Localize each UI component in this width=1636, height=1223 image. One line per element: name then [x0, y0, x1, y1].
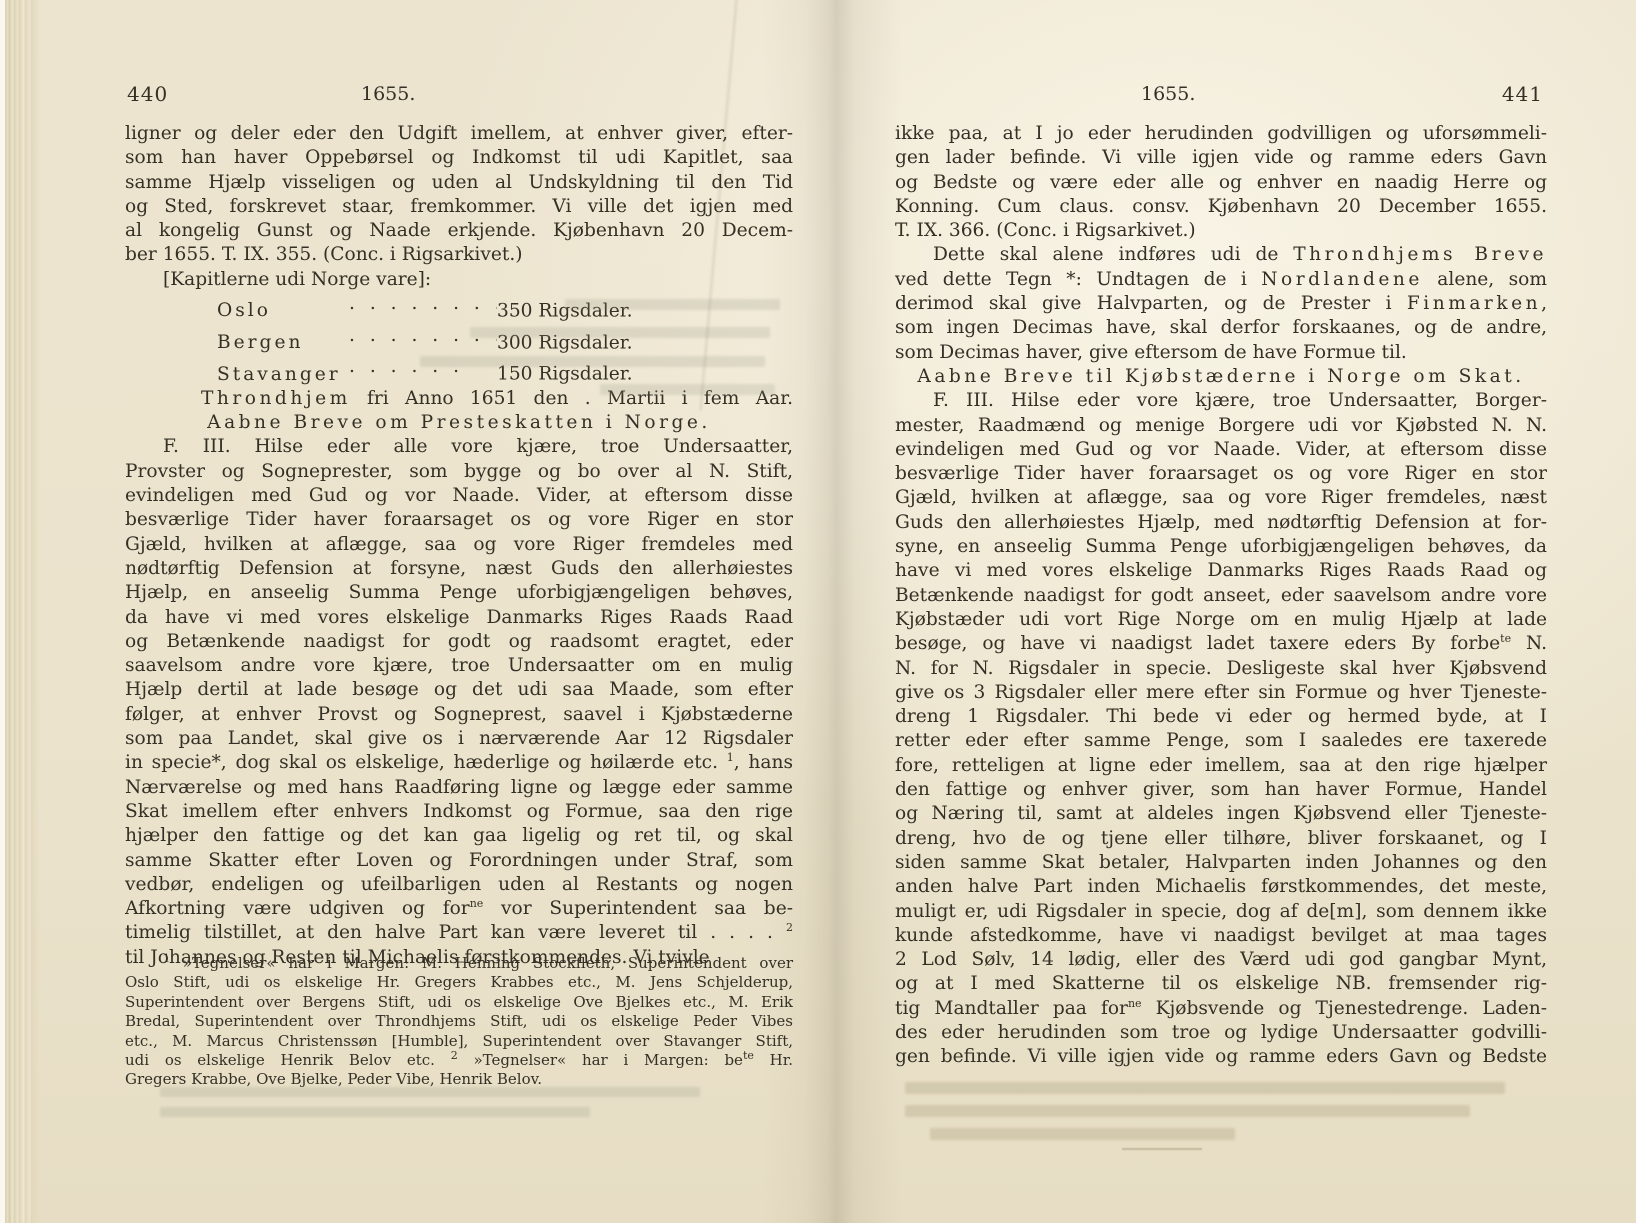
bleed-through-text [160, 1107, 590, 1117]
text-line: retter eder efter samme Penge, som I saa… [895, 729, 1547, 753]
text-line: og Betænkende naadigst for godt og raads… [125, 630, 793, 654]
text-segment: vor Superintendent saa be- [483, 898, 793, 919]
text-line: Provster og Sogneprester, som bygge og b… [125, 460, 793, 484]
page-number-right: 441 [1502, 82, 1543, 106]
text-segment: alene, som [1423, 269, 1547, 290]
text-segment: T. IX. 366. (Conc. i Rigsarkivet.) [895, 220, 1196, 241]
text-segment: Guds den allerhøiestes Hjælp, med nødtør… [895, 512, 1547, 533]
text-line: des eder herudinden som troe og lydige U… [895, 1021, 1547, 1045]
table-entry-name: Bergen [217, 331, 349, 355]
bleed-through-text [470, 327, 770, 338]
text-segment: [Kapitlerne udi Norge vare]: [163, 269, 431, 290]
text-segment: evindeligen med Gud og vor Naade. Vider,… [895, 439, 1547, 460]
text-line: have vi med vores elskelige Danmarks Rig… [895, 559, 1547, 583]
text-line: besøge, og have vi naadigst ladet taxere… [895, 632, 1547, 656]
text-line: derimod skal give Halvparten, og de Pres… [895, 292, 1547, 316]
text-segment: 1 [163, 952, 170, 965]
text-line: besværlige Tider haver foraarsaget os og… [125, 508, 793, 532]
text-segment: Aabne Breve om Presteskatten i Norge. [207, 412, 711, 433]
text-segment: anden halve Part inden Michaelis førstko… [895, 876, 1547, 897]
running-head-right: 1655. [1141, 83, 1195, 105]
text-line: Nærværelse og med hans Raadføring ligne … [125, 776, 793, 800]
text-line: in specie*, dog skal os elskelige, hæder… [125, 751, 793, 775]
text-line: kunde afstedkomme, have vi naadigst bevi… [895, 924, 1547, 948]
text-line: al kongelig Gunst og Naade erkjende. Kjø… [125, 219, 793, 243]
text-line: hjælper den fattige og det kan gaa ligel… [125, 824, 793, 848]
text-segment: og Betænkende naadigst for godt og raads… [125, 631, 793, 652]
text-segment: som ingen Decimas have, skal derfor fors… [895, 317, 1547, 338]
text-segment: retter eder efter samme Penge, som I saa… [895, 730, 1547, 751]
text-line: T. IX. 366. (Conc. i Rigsarkivet.) [895, 219, 1547, 243]
text-segment: Kjøbsvende og Tjenestedrenge. Laden- [1142, 998, 1547, 1019]
text-line: Aabne Breve om Presteskatten i Norge. [125, 411, 793, 435]
text-line: vedbør, endeligen og ufeilbarligen uden … [125, 873, 793, 897]
text-segment: evindeligen med Gud og vor Naade. Vider,… [125, 485, 793, 506]
text-segment: muligt er, udi Rigsdaler in specie, dog … [895, 901, 1547, 922]
text-segment: , hans [734, 752, 793, 773]
text-line: dreng, hvo de og tjene eller tilhøre, bl… [895, 827, 1547, 851]
text-line: evindeligen med Gud og vor Naade. Vider,… [895, 438, 1547, 462]
text-line: som paa Landet, skal give os i nærværend… [125, 727, 793, 751]
table-entry-name: Oslo [217, 299, 349, 323]
open-book-scan: 440 1655. ligner og deler eder den Udgif… [0, 0, 1636, 1223]
text-segment: som paa Landet, skal give os i nærværend… [125, 728, 793, 749]
text-segment: Provster og Sogneprester, som bygge og b… [125, 461, 793, 482]
text-line: ligner og deler eder den Udgift imellem,… [125, 122, 793, 146]
text-segment: ber 1655. T. IX. 355. (Conc. i Rigsarkiv… [125, 244, 523, 265]
text-segment: 2 [451, 1049, 458, 1062]
text-line: den fattige og enhver giver, som han hav… [895, 778, 1547, 802]
text-segment: siden samme Skat betaler, Halvparten ind… [895, 852, 1547, 873]
text-segment: og Sted, forskrevet staar, fremkommer. V… [125, 196, 793, 217]
text-line: gen lader befinde. Vi ville igjen vide o… [895, 146, 1547, 170]
text-line: og Næring til, samt at aldeles ingen Kjø… [895, 802, 1547, 826]
text-segment: Hr. [754, 1051, 793, 1069]
text-segment: ne [1128, 997, 1142, 1010]
page-number-left: 440 [127, 82, 168, 106]
leader-dots: . . . . . . . . . [349, 292, 497, 316]
text-line: Betænkende naadigst for godt anseet, ede… [895, 584, 1547, 608]
text-segment: Betænkende naadigst for godt anseet, ede… [895, 585, 1547, 606]
text-segment: Nærværelse og med hans Raadføring ligne … [125, 777, 793, 798]
text-segment: etc., M. Marcus Christenssøn [Humble], S… [125, 1032, 793, 1050]
text-segment: al kongelig Gunst og Naade erkjende. Kjø… [125, 220, 793, 241]
bleed-through-text [905, 1082, 1505, 1094]
text-line: Skat imellem efter enhvers Indkomst og F… [125, 800, 793, 824]
text-segment: F. III. Hilse eder vore kjære, troe Unde… [933, 390, 1547, 411]
text-line: samme Skatter efter Loven og Forordninge… [125, 849, 793, 873]
text-segment: timelig tilstillet, at den halve Part ka… [125, 922, 786, 943]
text-segment: ligner og deler eder den Udgift imellem,… [125, 123, 793, 144]
text-segment: ne [470, 897, 484, 910]
text-segment: besværlige Tider haver foraarsaget os og… [895, 463, 1547, 484]
text-line: Gjæld, hvilken at aflægge, saa og vore R… [895, 486, 1547, 510]
table-entry-name: Stavanger [217, 363, 349, 387]
text-line: tig Mandtaller paa forne Kjøbsvende og T… [895, 997, 1547, 1021]
text-line: Superintendent over Bergens Stift, udi o… [125, 993, 793, 1012]
text-line: 2 Lod Sølv, 14 lødig, eller des Værd udi… [895, 948, 1547, 972]
bleed-through-text [905, 1105, 1470, 1117]
running-head-left: 1655. [361, 83, 415, 105]
text-line: og Bedste og være eder alle og enhver en… [895, 171, 1547, 195]
text-segment: Konning. Cum claus. consv. Kjøbenhavn 20… [895, 196, 1547, 217]
bleed-through-text [930, 1128, 1235, 1140]
text-segment: Finmarken [1407, 293, 1541, 314]
text-line: ved dette Tegn *: Undtagen de i Nordland… [895, 268, 1547, 292]
text-segment: te [743, 1049, 754, 1062]
text-segment: Aabne Breve til Kjøbstæderne i Norge om … [917, 366, 1524, 387]
text-segment: gen lader befinde. Vi ville igjen vide o… [895, 147, 1547, 168]
text-line: saavelsom andre vore kjære, troe Undersa… [125, 654, 793, 678]
text-line: F. III. Hilse eder vore kjære, troe Unde… [895, 389, 1547, 413]
text-segment: Dette skal alene indføres udi de [933, 244, 1293, 265]
text-line: siden samme Skat betaler, Halvparten ind… [895, 851, 1547, 875]
text-line: 1 »Tegnelser« har i Margen: M. Henning S… [125, 954, 793, 973]
text-segment: følger, at enhver Provst og Sogneprest, … [125, 704, 793, 725]
bleed-through-text [420, 356, 765, 367]
text-segment: 1 [727, 751, 734, 764]
right-text-column: ikke paa, at I jo eder herudinden godvil… [895, 122, 1547, 1070]
text-line: ikke paa, at I jo eder herudinden godvil… [895, 122, 1547, 146]
text-segment: in specie*, dog skal os elskelige, hæder… [125, 752, 727, 773]
text-line: udi os elskelige Henrik Belov etc. 2 »Te… [125, 1051, 793, 1070]
text-segment: og Bedste og være eder alle og enhver en… [895, 172, 1547, 193]
text-line: anden halve Part inden Michaelis førstko… [895, 875, 1547, 899]
text-line: mester, Raadmænd og menige Borgere udi v… [895, 414, 1547, 438]
text-segment: besøge, og have vi naadigst ladet taxere… [895, 633, 1500, 654]
text-segment: Gjæld, hvilken at aflægge, saa og vore R… [895, 487, 1547, 508]
text-line: følger, at enhver Provst og Sogneprest, … [125, 703, 793, 727]
text-segment: te [1500, 632, 1511, 645]
text-segment: hjælper den fattige og det kan gaa ligel… [125, 825, 793, 846]
text-segment: og Næring til, samt at aldeles ingen Kjø… [895, 803, 1547, 824]
text-segment: Hjælp dertil at lade besøge og det udi s… [125, 679, 793, 700]
text-line: samme Hjælp visseligen og uden al Undsky… [125, 171, 793, 195]
text-line: som han haver Oppebørsel og Indkomst til… [125, 146, 793, 170]
text-segment: vedbør, endeligen og ufeilbarligen uden … [125, 874, 793, 895]
text-line: som ingen Decimas have, skal derfor fors… [895, 316, 1547, 340]
text-segment: dreng 1 Rigsdaler. Thi bede vi eder og h… [895, 706, 1547, 727]
text-line: give os 3 Rigsdaler eller mere efter sin… [895, 681, 1547, 705]
text-line: nødtørftig Defension at forsyne, næst Gu… [125, 557, 793, 581]
text-segment: Nordlandene [1261, 269, 1423, 290]
text-line: timelig tilstillet, at den halve Part ka… [125, 921, 793, 945]
text-segment: syne, en anseelig Summa Penge uforbigjæn… [895, 536, 1547, 557]
text-segment: da have vi med vores elskelige Danmarks … [125, 607, 793, 628]
bleed-through-text [160, 1087, 700, 1097]
text-segment: gen befinde. Vi ville igjen vide og ramm… [895, 1046, 1547, 1067]
text-line: Konning. Cum claus. consv. Kjøbenhavn 20… [895, 195, 1547, 219]
text-segment: tig Mandtaller paa for [895, 998, 1128, 1019]
text-line: evindeligen med Gud og vor Naade. Vider,… [125, 484, 793, 508]
text-segment: N. for N. Rigsdaler in specie. Desligest… [895, 658, 1547, 679]
text-segment: besværlige Tider haver foraarsaget os og… [125, 509, 793, 530]
text-line: dreng 1 Rigsdaler. Thi bede vi eder og h… [895, 705, 1547, 729]
text-line: etc., M. Marcus Christenssøn [Humble], S… [125, 1032, 793, 1051]
text-segment: den fattige og enhver giver, som han hav… [895, 779, 1547, 800]
text-line: da have vi med vores elskelige Danmarks … [125, 606, 793, 630]
text-line: F. III. Hilse eder alle vore kjære, troe… [125, 435, 793, 459]
text-line: N. for N. Rigsdaler in specie. Desligest… [895, 657, 1547, 681]
text-line: Hjælp dertil at lade besøge og det udi s… [125, 678, 793, 702]
text-segment: Bredal, Superintendent over Throndhjems … [125, 1012, 793, 1030]
text-segment: Gjæld, hvilken at aflægge, saa og vore R… [125, 534, 793, 555]
text-line: [Kapitlerne udi Norge vare]: [125, 268, 793, 292]
text-segment: 2 Lod Sølv, 14 lødig, eller des Værd udi… [895, 949, 1547, 970]
text-line: Bredal, Superintendent over Throndhjems … [125, 1012, 793, 1031]
text-segment: Gregers Krabbe, Ove Bjelke, Peder Vibe, … [125, 1070, 542, 1088]
page-edge-stack [0, 0, 40, 1223]
text-segment: Throndhjems Breve [1293, 244, 1547, 265]
text-segment: som han haver Oppebørsel og Indkomst til… [125, 147, 793, 168]
text-line: besværlige Tider haver foraarsaget os og… [895, 462, 1547, 486]
text-line: Guds den allerhøiestes Hjælp, med nødtør… [895, 511, 1547, 535]
left-footnote: 1 »Tegnelser« har i Margen: M. Henning S… [125, 954, 793, 1090]
text-line: Hjælp, en anseelig Summa Penge uforbigjæ… [125, 581, 793, 605]
text-line: Kjøbstæder udi vort Rige Norge om en mul… [895, 608, 1547, 632]
text-segment: Hjælp, en anseelig Summa Penge uforbigjæ… [125, 582, 793, 603]
bleed-through-rule [1122, 1148, 1202, 1150]
text-segment: N. [1511, 633, 1547, 654]
text-segment: Kjøbstæder udi vort Rige Norge om en mul… [895, 609, 1547, 630]
text-line: som Decimas haver, give eftersom de have… [895, 341, 1547, 365]
text-segment: Throndhjem [201, 388, 351, 409]
text-line: Dette skal alene indføres udi de Throndh… [895, 243, 1547, 267]
text-line: ber 1655. T. IX. 355. (Conc. i Rigsarkiv… [125, 243, 793, 267]
text-line: muligt er, udi Rigsdaler in specie, dog … [895, 900, 1547, 924]
text-segment: samme Skatter efter Loven og Forordninge… [125, 850, 793, 871]
text-segment: Superintendent over Bergens Stift, udi o… [125, 993, 793, 1011]
text-segment: samme Hjælp visseligen og uden al Undsky… [125, 172, 793, 193]
text-segment: have vi med vores elskelige Danmarks Rig… [895, 560, 1547, 581]
text-segment: ikke paa, at I jo eder herudinden godvil… [895, 123, 1547, 144]
text-segment: udi os elskelige Henrik Belov etc. [125, 1051, 451, 1069]
text-segment: mester, Raadmænd og menige Borgere udi v… [895, 415, 1547, 436]
text-line: syne, en anseelig Summa Penge uforbigjæn… [895, 535, 1547, 559]
text-segment: , [1541, 293, 1547, 314]
text-segment: som Decimas haver, give eftersom de have… [895, 342, 1407, 363]
text-segment: dreng, hvo de og tjene eller tilhøre, bl… [895, 828, 1547, 849]
text-line: og at I med Skatterne til os elskelige N… [895, 972, 1547, 996]
text-segment: »Tegnelser« har i Margen: be [458, 1051, 743, 1069]
text-segment: Afkortning være udgiven og for [125, 898, 470, 919]
text-segment: Skat imellem efter enhvers Indkomst og F… [125, 801, 793, 822]
text-segment: og at I med Skatterne til os elskelige N… [895, 973, 1547, 994]
text-segment: fore, retteligen at ligne eder imellem, … [895, 755, 1547, 776]
text-segment: »Tegnelser« har i Margen: M. Henning Sto… [170, 954, 793, 972]
text-segment: saavelsom andre vore kjære, troe Undersa… [125, 655, 793, 676]
text-segment: Oslo Stift, udi os elskelige Hr. Gregers… [125, 973, 793, 991]
text-segment: des eder herudinden som troe og lydige U… [895, 1022, 1547, 1043]
text-segment: derimod skal give Halvparten, og de Pres… [895, 293, 1407, 314]
text-line: Oslo Stift, udi os elskelige Hr. Gregers… [125, 973, 793, 992]
text-line: Afkortning være udgiven og forne vor Sup… [125, 897, 793, 921]
text-segment: give os 3 Rigsdaler eller mere efter sin… [895, 682, 1547, 703]
text-line: Aabne Breve til Kjøbstæderne i Norge om … [895, 365, 1547, 389]
text-segment: F. III. Hilse eder alle vore kjære, troe… [163, 436, 793, 457]
text-line: fore, retteligen at ligne eder imellem, … [895, 754, 1547, 778]
text-line: Gjæld, hvilken at aflægge, saa og vore R… [125, 533, 793, 557]
text-segment: nødtørftig Defension at forsyne, næst Gu… [125, 558, 793, 579]
text-segment: 2 [786, 921, 793, 934]
bleed-through-text [600, 384, 775, 395]
text-segment: ved dette Tegn *: Undtagen de i [895, 269, 1261, 290]
text-line: gen befinde. Vi ville igjen vide og ramm… [895, 1045, 1547, 1069]
bleed-through-text [565, 299, 780, 310]
text-line: og Sted, forskrevet staar, fremkommer. V… [125, 195, 793, 219]
left-text-column: ligner og deler eder den Udgift imellem,… [125, 122, 793, 970]
text-segment: kunde afstedkomme, have vi naadigst bevi… [895, 925, 1547, 946]
